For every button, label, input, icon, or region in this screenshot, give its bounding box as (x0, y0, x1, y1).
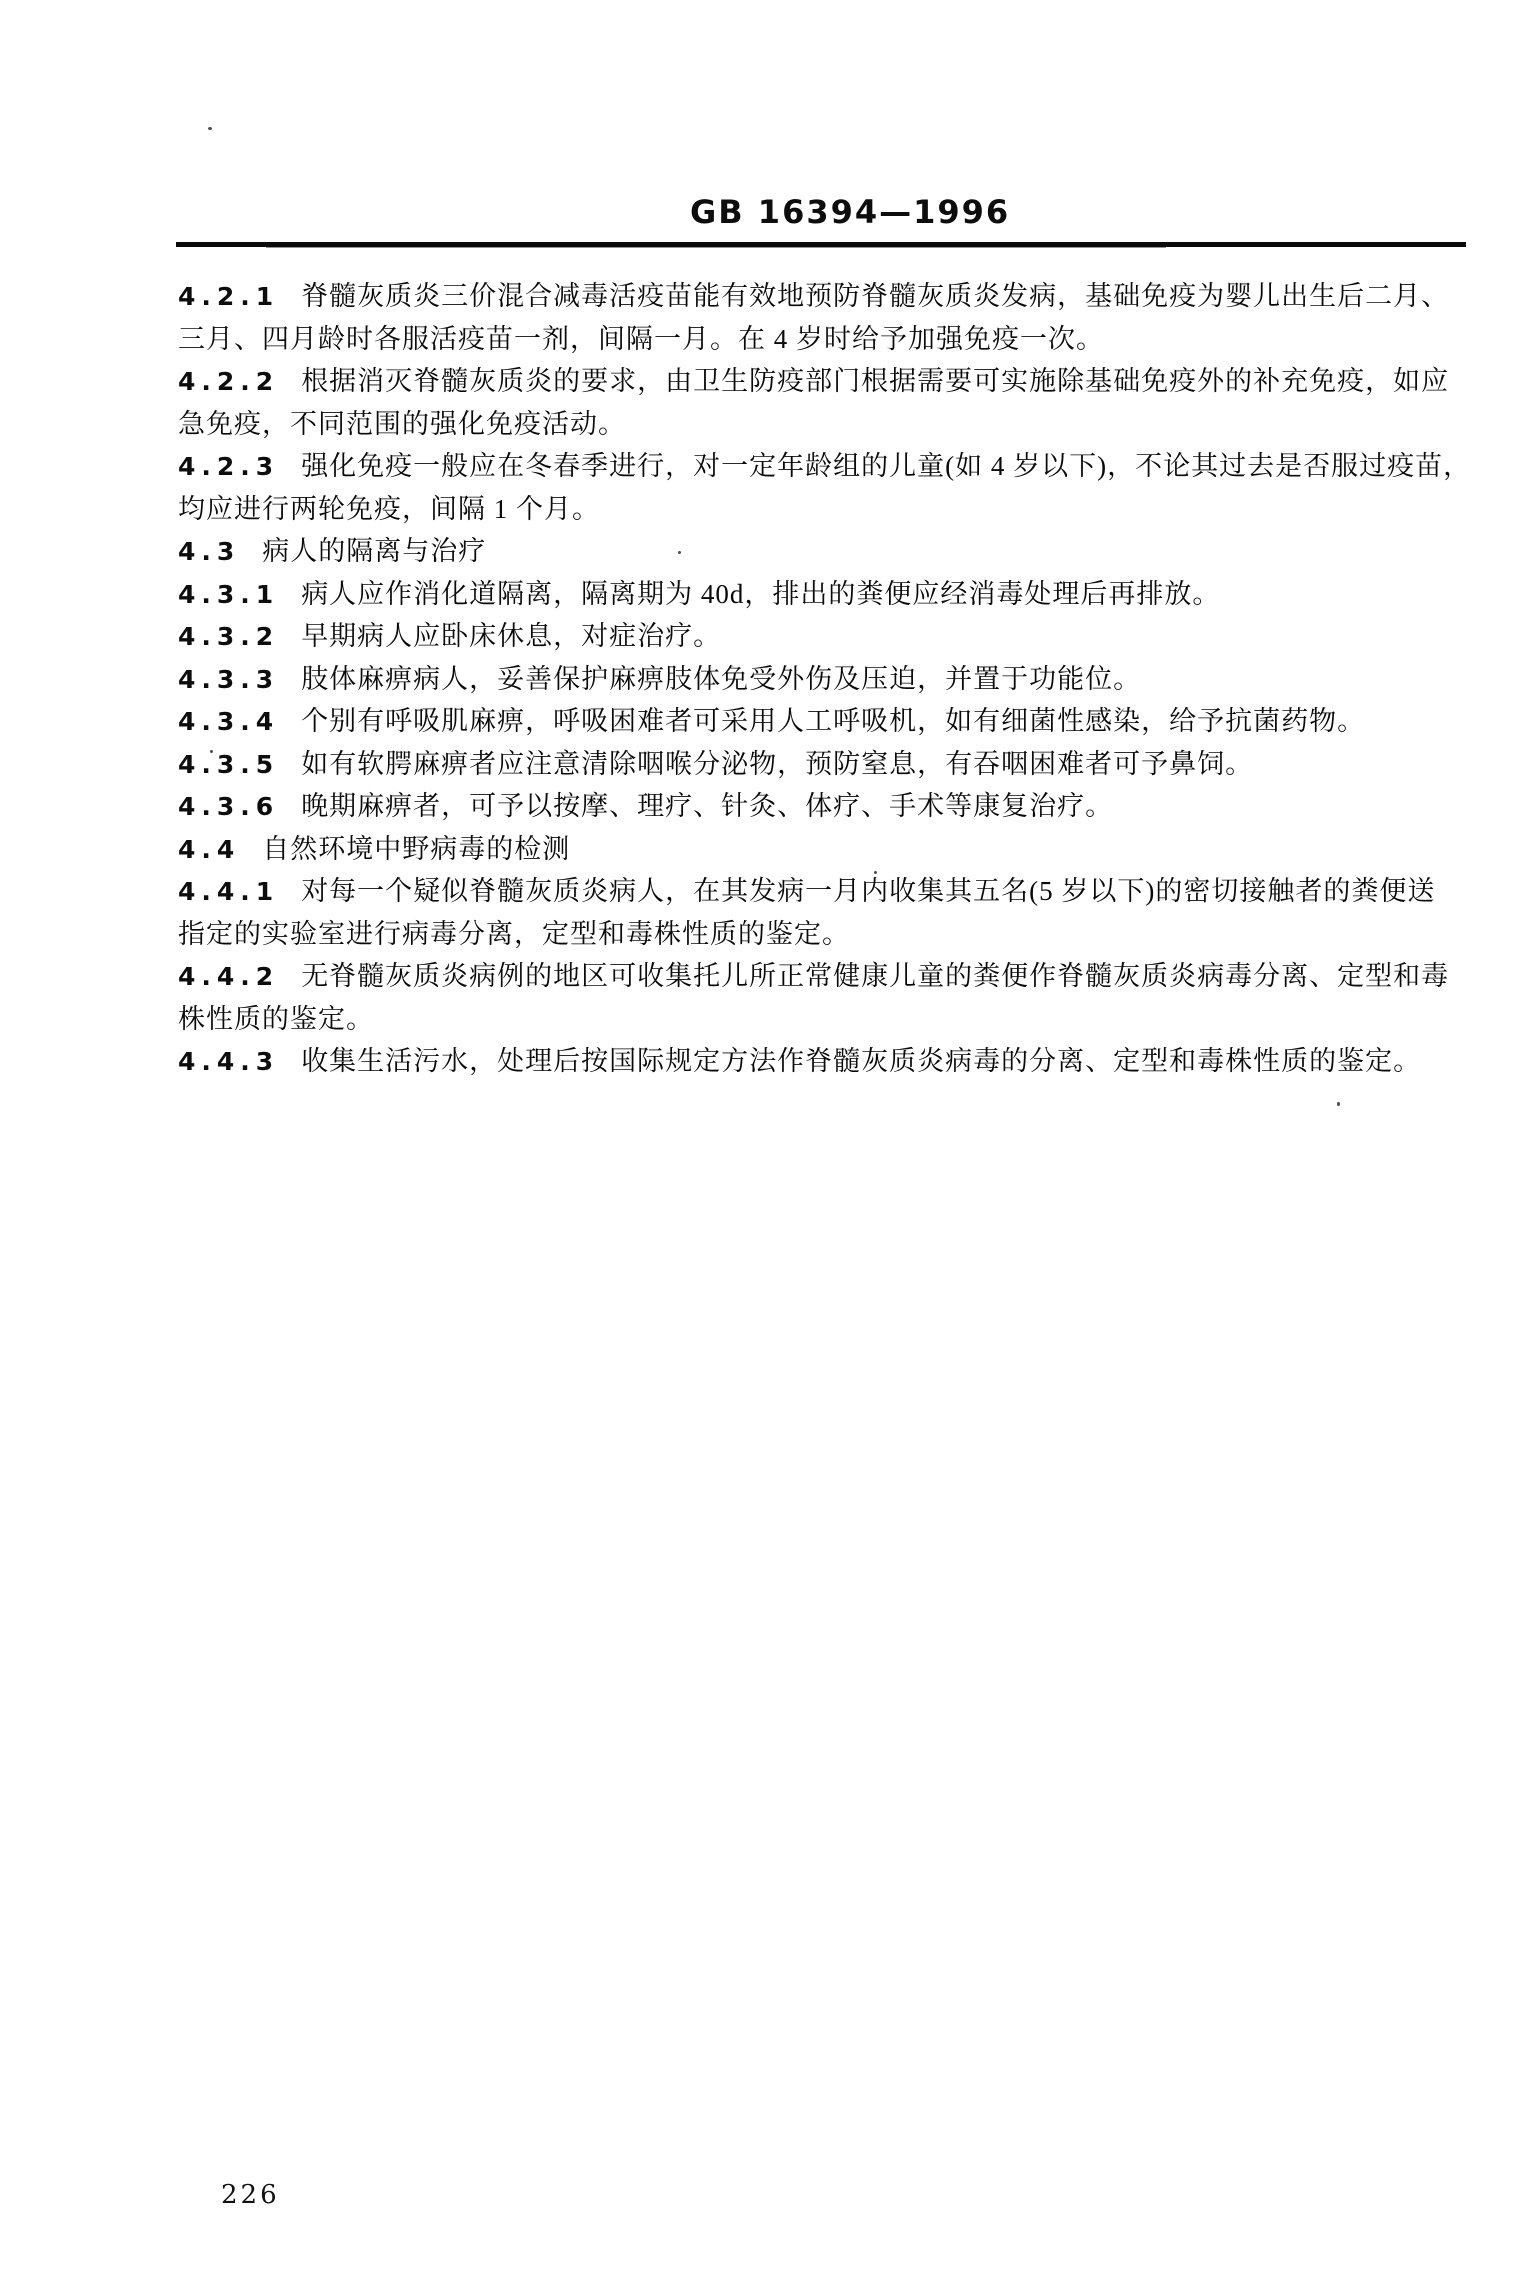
section-number: 4.3.3 (178, 659, 279, 702)
section-text: 如有软腭麻痹者应注意清除咽喉分泌物，预防窒息，有吞咽困难者可予鼻饲。 (301, 749, 1253, 779)
section-text: 肢体麻痹病人，妥善保护麻痹肢体免受外伤及压迫，并置于功能位。 (301, 664, 1141, 694)
section-text: 无脊髓灰质炎病例的地区可收集托儿所正常健康儿童的粪便作脊髓灰质炎病毒分离、定型和… (301, 961, 1449, 991)
document-page: GB 16394—1996 4.2.1脊髓灰质炎三价混合减毒活疫苗能有效地预防脊… (0, 0, 1536, 2285)
scan-artifact (678, 551, 681, 554)
section-line: 4.4.3收集生活污水，处理后按国际规定方法作脊髓灰质炎病毒的分离、定型和毒株性… (178, 1040, 1458, 1083)
section-number: 4.3.1 (178, 574, 279, 617)
standard-number-heading: GB 16394—1996 (690, 193, 1010, 231)
section-number: 4.3.5 (178, 744, 279, 787)
section-line: 4.3.3肢体麻痹病人，妥善保护麻痹肢体免受外伤及压迫，并置于功能位。 (178, 658, 1458, 701)
section-line: 4.3.1病人应作消化道隔离，隔离期为 40d，排出的粪便应经消毒处理后再排放。 (178, 573, 1458, 616)
section: 4.3.1病人应作消化道隔离，隔离期为 40d，排出的粪便应经消毒处理后再排放。 (178, 573, 1458, 616)
section-text: 脊髓灰质炎三价混合减毒活疫苗能有效地预防脊髓灰质炎发病，基础免疫为婴儿出生后二月… (301, 281, 1449, 311)
section-text: 收集生活污水，处理后按国际规定方法作脊髓灰质炎病毒的分离、定型和毒株性质的鉴定。 (301, 1046, 1421, 1076)
section-line: 4.3.6晚期麻痹者，可予以按摩、理疗、针灸、体疗、手术等康复治疗。 (178, 785, 1458, 828)
section-number: 4.4.1 (178, 871, 279, 914)
section-line: 株性质的鉴定。 (178, 998, 1458, 1041)
section-line: 4.3.5如有软腭麻痹者应注意清除咽喉分泌物，预防窒息，有吞咽困难者可予鼻饲。 (178, 743, 1458, 786)
section-line: 4.3.2早期病人应卧床休息，对症治疗。 (178, 615, 1458, 658)
section-line: 4.2.3强化免疫一般应在冬春季进行，对一定年龄组的儿童(如 4 岁以下)，不论… (178, 445, 1458, 488)
section-text: 均应进行两轮免疫，间隔 1 个月。 (178, 494, 600, 524)
section-line: 4.4.1对每一个疑似脊髓灰质炎病人，在其发病一月内收集其五名(5 岁以下)的密… (178, 870, 1458, 913)
section-text: 指定的实验室进行病毒分离，定型和毒株性质的鉴定。 (178, 919, 850, 949)
section-line: 急免疫，不同范围的强化免疫活动。 (178, 403, 1458, 446)
section-text: 个别有呼吸肌麻痹，呼吸困难者可采用人工呼吸机，如有细菌性感染，给予抗菌药物。 (301, 706, 1365, 736)
section-text: 病人的隔离与治疗 (262, 536, 486, 566)
section-line: 指定的实验室进行病毒分离，定型和毒株性质的鉴定。 (178, 913, 1458, 956)
scan-artifact (1337, 1102, 1340, 1106)
section-text: 根据消灭脊髓灰质炎的要求，由卫生防疫部门根据需要可实施除基础免疫外的补充免疫，如… (301, 366, 1449, 396)
section-text: 三月、四月龄时各服活疫苗一剂，间隔一月。在 4 岁时给予加强免疫一次。 (178, 324, 1104, 354)
section-number: 4.2.3 (178, 446, 279, 489)
section-line: 三月、四月龄时各服活疫苗一剂，间隔一月。在 4 岁时给予加强免疫一次。 (178, 318, 1458, 361)
section: 4.3病人的隔离与治疗 (178, 530, 1458, 573)
section: 4.4.2无脊髓灰质炎病例的地区可收集托儿所正常健康儿童的粪便作脊髓灰质炎病毒分… (178, 955, 1458, 1040)
section: 4.2.2根据消灭脊髓灰质炎的要求，由卫生防疫部门根据需要可实施除基础免疫外的补… (178, 360, 1458, 445)
section-text: 株性质的鉴定。 (178, 1004, 374, 1034)
section-line: 4.4自然环境中野病毒的检测 (178, 828, 1458, 871)
section-line: 4.3病人的隔离与治疗 (178, 530, 1458, 573)
section-line: 4.4.2无脊髓灰质炎病例的地区可收集托儿所正常健康儿童的粪便作脊髓灰质炎病毒分… (178, 955, 1458, 998)
scan-artifact (208, 127, 212, 130)
section: 4.2.3强化免疫一般应在冬春季进行，对一定年龄组的儿童(如 4 岁以下)，不论… (178, 445, 1458, 530)
section-number: 4.2.2 (178, 361, 279, 404)
section-text: 早期病人应卧床休息，对症治疗。 (301, 621, 721, 651)
section-text: 对每一个疑似脊髓灰质炎病人，在其发病一月内收集其五名(5 岁以下)的密切接触者的… (301, 876, 1435, 906)
section: 4.3.2早期病人应卧床休息，对症治疗。 (178, 615, 1458, 658)
header-rule (176, 242, 1466, 247)
section-text: 晚期麻痹者，可予以按摩、理疗、针灸、体疗、手术等康复治疗。 (301, 791, 1113, 821)
section: 4.3.5如有软腭麻痹者应注意清除咽喉分泌物，预防窒息，有吞咽困难者可予鼻饲。 (178, 743, 1458, 786)
section-text: 强化免疫一般应在冬春季进行，对一定年龄组的儿童(如 4 岁以下)，不论其过去是否… (301, 451, 1471, 481)
section: 4.4.1对每一个疑似脊髓灰质炎病人，在其发病一月内收集其五名(5 岁以下)的密… (178, 870, 1458, 955)
section-number: 4.4 (178, 829, 240, 872)
section-number: 4.3.4 (178, 701, 279, 744)
section: 4.2.1脊髓灰质炎三价混合减毒活疫苗能有效地预防脊髓灰质炎发病，基础免疫为婴儿… (178, 275, 1458, 360)
section-text: 自然环境中野病毒的检测 (262, 834, 570, 864)
section: 4.4自然环境中野病毒的检测 (178, 828, 1458, 871)
section-number: 4.3.2 (178, 616, 279, 659)
section-text: 急免疫，不同范围的强化免疫活动。 (178, 409, 626, 439)
section-text: 病人应作消化道隔离，隔离期为 40d，排出的粪便应经消毒处理后再排放。 (301, 579, 1220, 609)
scan-artifact (874, 871, 877, 874)
section: 4.4.3收集生活污水，处理后按国际规定方法作脊髓灰质炎病毒的分离、定型和毒株性… (178, 1040, 1458, 1083)
section-number: 4.2.1 (178, 276, 279, 319)
section: 4.3.6晚期麻痹者，可予以按摩、理疗、针灸、体疗、手术等康复治疗。 (178, 785, 1458, 828)
document-body: 4.2.1脊髓灰质炎三价混合减毒活疫苗能有效地预防脊髓灰质炎发病，基础免疫为婴儿… (178, 275, 1458, 1083)
section-line: 4.2.2根据消灭脊髓灰质炎的要求，由卫生防疫部门根据需要可实施除基础免疫外的补… (178, 360, 1458, 403)
section-number: 4.4.2 (178, 956, 279, 999)
section: 4.3.3肢体麻痹病人，妥善保护麻痹肢体免受外伤及压迫，并置于功能位。 (178, 658, 1458, 701)
section-line: 4.3.4个别有呼吸肌麻痹，呼吸困难者可采用人工呼吸机，如有细菌性感染，给予抗菌… (178, 700, 1458, 743)
section-line: 4.2.1脊髓灰质炎三价混合减毒活疫苗能有效地预防脊髓灰质炎发病，基础免疫为婴儿… (178, 275, 1458, 318)
scan-artifact (210, 750, 213, 753)
section-number: 4.4.3 (178, 1041, 279, 1084)
section-line: 均应进行两轮免疫，间隔 1 个月。 (178, 488, 1458, 531)
section-number: 4.3 (178, 531, 240, 574)
section: 4.3.4个别有呼吸肌麻痹，呼吸困难者可采用人工呼吸机，如有细菌性感染，给予抗菌… (178, 700, 1458, 743)
section-number: 4.3.6 (178, 786, 279, 829)
page-number: 226 (221, 2180, 280, 2210)
